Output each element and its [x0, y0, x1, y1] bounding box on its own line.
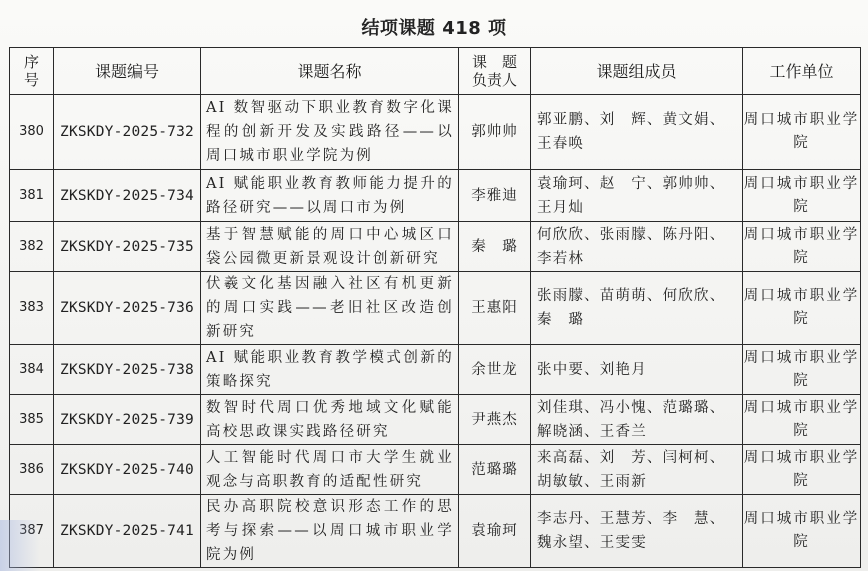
- cell-unit: 周口城市职业学院: [743, 395, 861, 445]
- cell-seq: 381: [10, 170, 54, 222]
- cell-unit: 周口城市职业学院: [743, 272, 861, 345]
- header-seq-label: 序号: [24, 53, 39, 89]
- table-row: 384 ZKSKDY-2025-738 AI 赋能职业教育教学模式创新的策略探究…: [10, 345, 861, 395]
- cell-name: AI 赋能职业教育教师能力提升的路径研究——以周口市为例: [201, 170, 459, 222]
- cell-members: 李志丹、王慧芳、李 慧、魏永望、王雯雯: [531, 495, 743, 568]
- cell-members: 何欣欣、张雨朦、陈丹阳、李若林: [531, 222, 743, 272]
- table-row: 383 ZKSKDY-2025-736 伏羲文化基因融入社区有机更新的周口实践—…: [10, 272, 861, 345]
- cell-unit: 周口城市职业学院: [743, 170, 861, 222]
- cell-seq: 382: [10, 222, 54, 272]
- cell-members: 袁瑜珂、赵 宁、郭帅帅、王月灿: [531, 170, 743, 222]
- header-members: 课题组成员: [531, 48, 743, 95]
- cell-unit: 周口城市职业学院: [743, 495, 861, 568]
- cell-lead: 余世龙: [459, 345, 531, 395]
- table-row: 380 ZKSKDY-2025-732 AI 数智驱动下职业教育数字化课程的创新…: [10, 95, 861, 170]
- table-row: 386 ZKSKDY-2025-740 人工智能时代周口市大学生就业观念与高职教…: [10, 445, 861, 495]
- header-lead-line1: 课 题: [459, 53, 530, 71]
- header-lead: 课 题 负责人: [459, 48, 531, 95]
- scan-edge-artifact: [0, 520, 40, 571]
- cell-lead: 尹燕杰: [459, 395, 531, 445]
- cell-members: 张中要、刘艳月: [531, 345, 743, 395]
- cell-name: 伏羲文化基因融入社区有机更新的周口实践——老旧社区改造创新研究: [201, 272, 459, 345]
- cell-name: AI 数智驱动下职业教育数字化课程的创新开发及实践路径——以周口城市职业学院为例: [201, 95, 459, 170]
- page-title: 结项课题 418 项: [0, 14, 868, 40]
- cell-lead: 李雅迪: [459, 170, 531, 222]
- table-row: 385 ZKSKDY-2025-739 数智时代周口优秀地域文化赋能高校思政课实…: [10, 395, 861, 445]
- cell-unit: 周口城市职业学院: [743, 445, 861, 495]
- header-code: 课题编号: [54, 48, 201, 95]
- cell-seq: 383: [10, 272, 54, 345]
- cell-seq: 384: [10, 345, 54, 395]
- cell-code: ZKSKDY-2025-736: [54, 272, 201, 345]
- table-row: 381 ZKSKDY-2025-734 AI 赋能职业教育教师能力提升的路径研究…: [10, 170, 861, 222]
- table-header-row: 序号 课题编号 课题名称 课 题 负责人 课题组成员 工作单位: [10, 48, 861, 95]
- header-lead-line2: 负责人: [459, 71, 530, 89]
- cell-lead: 郭帅帅: [459, 95, 531, 170]
- cell-code: ZKSKDY-2025-741: [54, 495, 201, 568]
- cell-seq: 380: [10, 95, 54, 170]
- cell-members: 刘佳琪、冯小愧、范璐璐、解晓涵、王香兰: [531, 395, 743, 445]
- cell-lead: 秦 璐: [459, 222, 531, 272]
- cell-seq: 386: [10, 445, 54, 495]
- results-table: 序号 课题编号 课题名称 课 题 负责人 课题组成员 工作单位 380 ZKSK…: [9, 47, 861, 568]
- cell-code: ZKSKDY-2025-740: [54, 445, 201, 495]
- cell-members: 来高磊、刘 芳、闫柯柯、胡敏敏、王雨新: [531, 445, 743, 495]
- cell-name: 基于智慧赋能的周口中心城区口袋公园微更新景观设计创新研究: [201, 222, 459, 272]
- cell-lead: 袁瑜珂: [459, 495, 531, 568]
- cell-code: ZKSKDY-2025-739: [54, 395, 201, 445]
- cell-unit: 周口城市职业学院: [743, 222, 861, 272]
- cell-code: ZKSKDY-2025-735: [54, 222, 201, 272]
- cell-members: 郭亚鹏、刘 辉、黄文娟、王春唤: [531, 95, 743, 170]
- cell-code: ZKSKDY-2025-732: [54, 95, 201, 170]
- cell-code: ZKSKDY-2025-734: [54, 170, 201, 222]
- cell-unit: 周口城市职业学院: [743, 345, 861, 395]
- header-seq: 序号: [10, 48, 54, 95]
- cell-lead: 王惠阳: [459, 272, 531, 345]
- cell-name: 人工智能时代周口市大学生就业观念与高职教育的适配性研究: [201, 445, 459, 495]
- cell-code: ZKSKDY-2025-738: [54, 345, 201, 395]
- cell-name: AI 赋能职业教育教学模式创新的策略探究: [201, 345, 459, 395]
- cell-name: 数智时代周口优秀地域文化赋能高校思政课实践路径研究: [201, 395, 459, 445]
- document-page: 结项课题 418 项 序号 课题编号 课题名称 课 题 负责人 课题组成员: [0, 0, 868, 571]
- cell-seq: 385: [10, 395, 54, 445]
- cell-members: 张雨朦、苗萌萌、何欣欣、秦 璐: [531, 272, 743, 345]
- table-row: 382 ZKSKDY-2025-735 基于智慧赋能的周口中心城区口袋公园微更新…: [10, 222, 861, 272]
- cell-name: 民办高职院校意识形态工作的思考与探索——以周口城市职业学院为例: [201, 495, 459, 568]
- header-name: 课题名称: [201, 48, 459, 95]
- table-row: 387 ZKSKDY-2025-741 民办高职院校意识形态工作的思考与探索——…: [10, 495, 861, 568]
- header-unit: 工作单位: [743, 48, 861, 95]
- cell-unit: 周口城市职业学院: [743, 95, 861, 170]
- cell-lead: 范璐璐: [459, 445, 531, 495]
